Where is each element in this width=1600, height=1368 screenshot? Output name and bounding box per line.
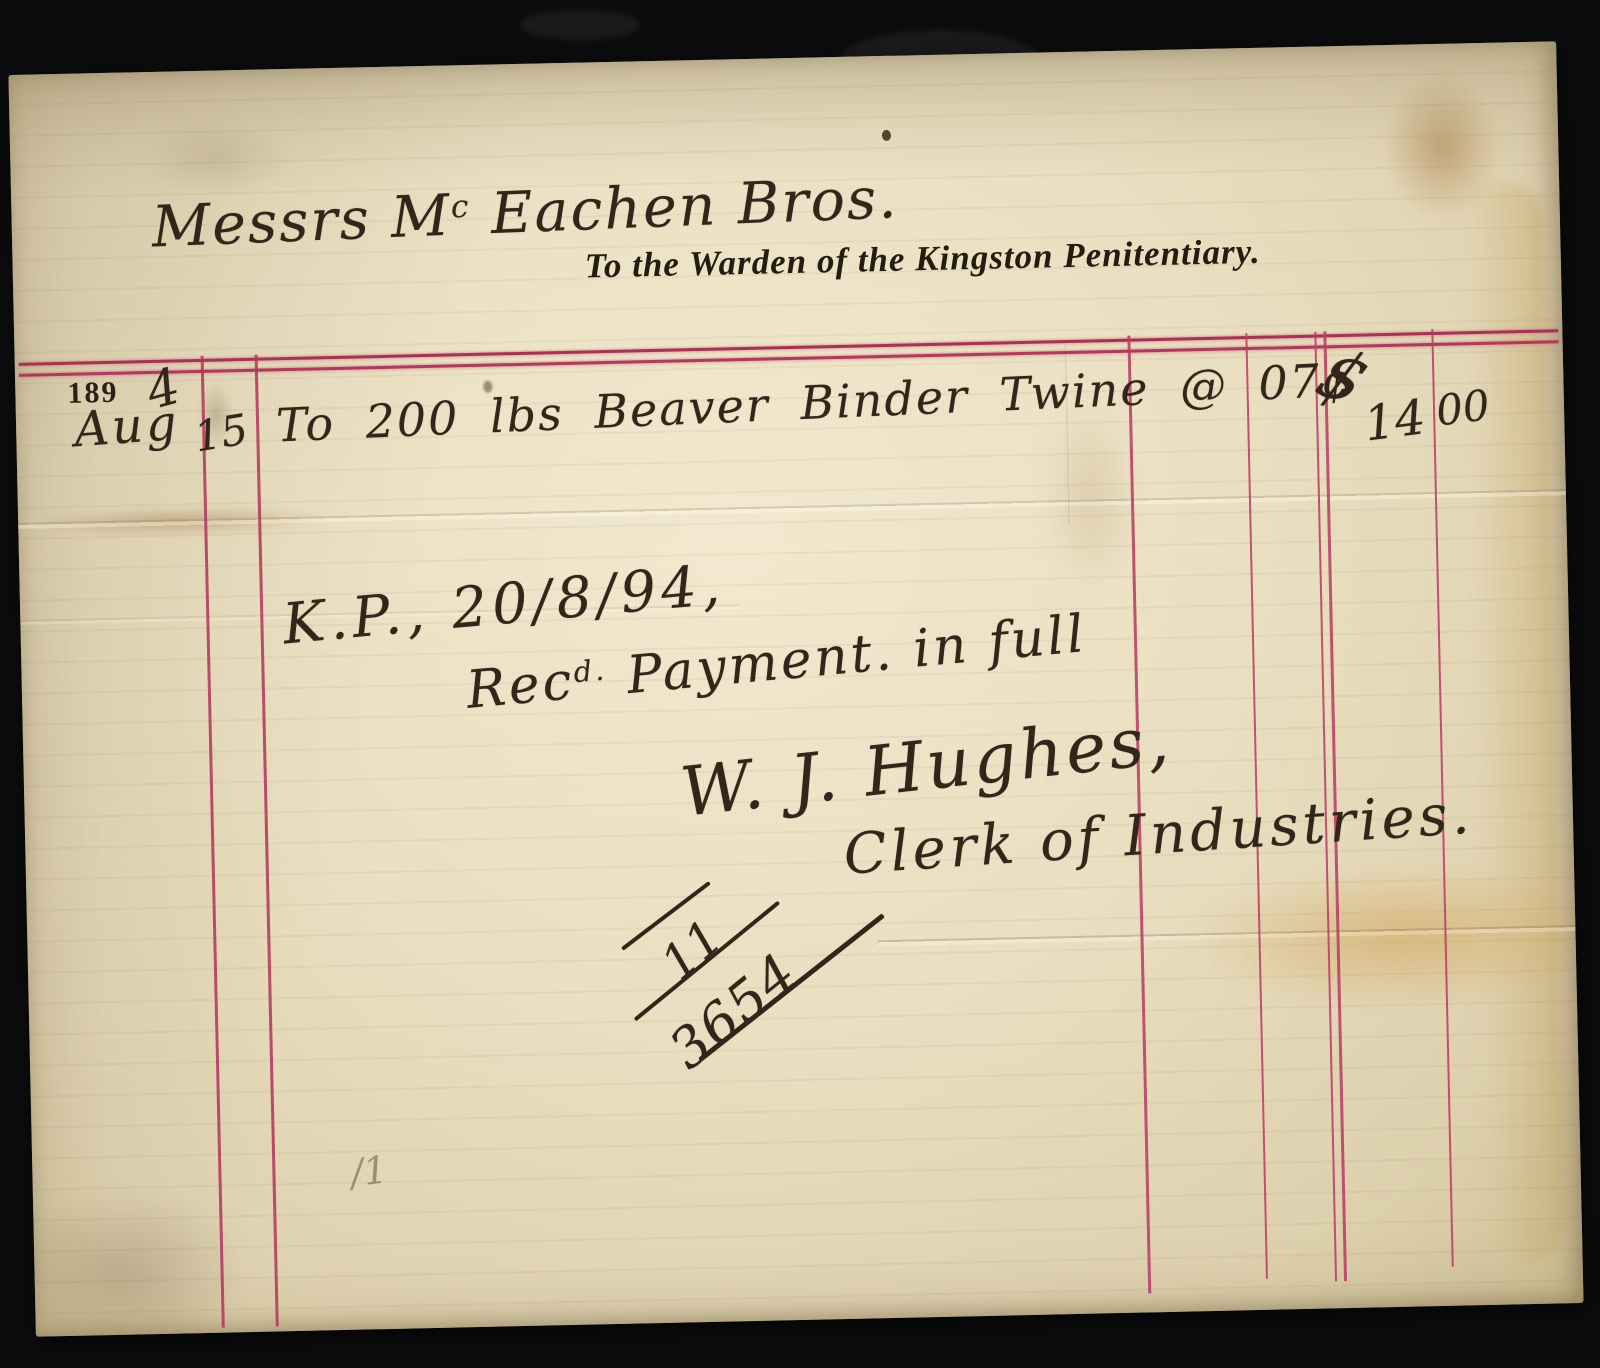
addressee-prefix: Messrs M bbox=[151, 183, 453, 261]
scanner-background-scuff bbox=[520, 10, 640, 40]
pencil-mark: /1 bbox=[348, 1147, 390, 1195]
amount-cents-handwritten: 00 bbox=[1433, 380, 1492, 435]
docket-number-group: 11 3654 bbox=[617, 895, 962, 1142]
day-handwritten: 15 bbox=[191, 405, 252, 462]
received-superscript: d. bbox=[572, 652, 608, 689]
amount-dollars-handwritten: 14 bbox=[1361, 389, 1429, 452]
addressee-superscript: c bbox=[450, 189, 471, 226]
billhead-paper: Messrs Mc Eachen Bros. To the Warden of … bbox=[8, 41, 1583, 1336]
month-handwritten: Aug bbox=[72, 395, 181, 459]
received-prefix: Rec bbox=[464, 651, 577, 721]
